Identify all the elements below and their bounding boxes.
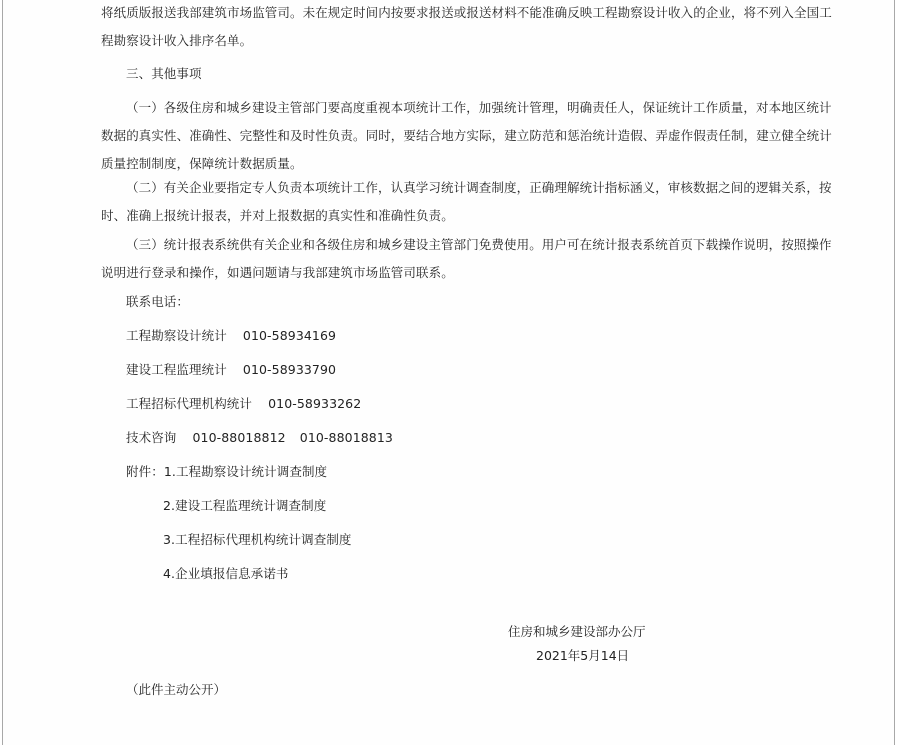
attachment-link[interactable]: 1.工程勘察设计统计调查制度: [164, 464, 327, 479]
item-three: （三）统计报表系统供有关企业和各级住房和城乡建设主管部门免费使用。用户可在统计报…: [101, 233, 832, 284]
contact-label: 建设工程监理统计: [126, 362, 227, 377]
contact-label: 工程勘察设计统计: [126, 328, 227, 343]
item-two: （二）有关企业要指定专人负责本项统计工作，认真学习统计调查制度，正确理解统计指标…: [101, 176, 832, 227]
contacts-label: 联系电话：: [126, 290, 189, 313]
section-title: 三、其他事项: [126, 62, 202, 85]
contact-row: 建设工程监理统计 010-58933790: [126, 358, 336, 381]
paragraph-line: 时、准确上报统计报表，并对上报数据的真实性和准确性负责。: [101, 204, 832, 227]
contact-phone: 010-88018812: [192, 430, 285, 445]
paragraph-line: 程勘察设计收入排序名单。: [101, 29, 832, 52]
disclosure-note: （此件主动公开）: [126, 678, 226, 701]
paragraph-line: （一）各级住房和城乡建设主管部门要高度重视本项统计工作，加强统计管理，明确责任人…: [101, 96, 832, 119]
contacts-heading: 联系电话：: [126, 290, 189, 313]
attachments-label: 附件：: [126, 464, 164, 479]
paragraph-line: （二）有关企业要指定专人负责本项统计工作，认真学习统计调查制度，正确理解统计指标…: [101, 176, 832, 199]
previous-paragraph-end: 将纸质版报送我部建筑市场监管司。未在规定时间内按要求报送或报送材料不能准确反映工…: [101, 1, 832, 52]
paragraph-line: 说明进行登录和操作，如遇问题请与我部建筑市场监管司联系。: [101, 261, 832, 284]
contact-row: 技术咨询 010-88018812 010-88018813: [126, 426, 393, 449]
contact-label: 工程招标代理机构统计: [126, 396, 252, 411]
contact-phone: 010-58933790: [243, 362, 336, 377]
attachment-link[interactable]: 3.工程招标代理机构统计调查制度: [163, 532, 352, 547]
attachment-row: 附件：1.工程勘察设计统计调查制度: [126, 460, 327, 483]
contact-phone: 010-58934169: [243, 328, 336, 343]
document-page: 将纸质版报送我部建筑市场监管司。未在规定时间内按要求报送或报送材料不能准确反映工…: [2, 0, 895, 745]
contact-row: 工程勘察设计统计 010-58934169: [126, 324, 336, 347]
paragraph-line: 数据的真实性、准确性、完整性和及时性负责。同时，要结合地方实际，建立防范和惩治统…: [101, 124, 832, 147]
contact-phone: 010-58933262: [268, 396, 361, 411]
contact-label: 技术咨询: [126, 430, 176, 445]
item-one: （一）各级住房和城乡建设主管部门要高度重视本项统计工作，加强统计管理，明确责任人…: [101, 96, 832, 175]
attachment-row: 2.建设工程监理统计调查制度: [163, 494, 326, 517]
contact-row: 工程招标代理机构统计 010-58933262: [126, 392, 361, 415]
attachment-row: 4.企业填报信息承诺书: [163, 562, 289, 585]
signature-org: 住房和城乡建设部办公厅: [508, 620, 646, 643]
attachment-link[interactable]: 2.建设工程监理统计调查制度: [163, 498, 326, 513]
signature-date: 2021年5月14日: [536, 644, 629, 667]
attachment-row: 3.工程招标代理机构统计调查制度: [163, 528, 352, 551]
paragraph-line: （三）统计报表系统供有关企业和各级住房和城乡建设主管部门免费使用。用户可在统计报…: [101, 233, 832, 256]
paragraph-line: 将纸质版报送我部建筑市场监管司。未在规定时间内按要求报送或报送材料不能准确反映工…: [101, 1, 832, 24]
section-title-text: 三、其他事项: [126, 62, 202, 85]
attachment-link[interactable]: 4.企业填报信息承诺书: [163, 566, 289, 581]
contact-phone-secondary: 010-88018813: [300, 430, 393, 445]
paragraph-line: 质量控制制度，保障统计数据质量。: [101, 152, 832, 175]
